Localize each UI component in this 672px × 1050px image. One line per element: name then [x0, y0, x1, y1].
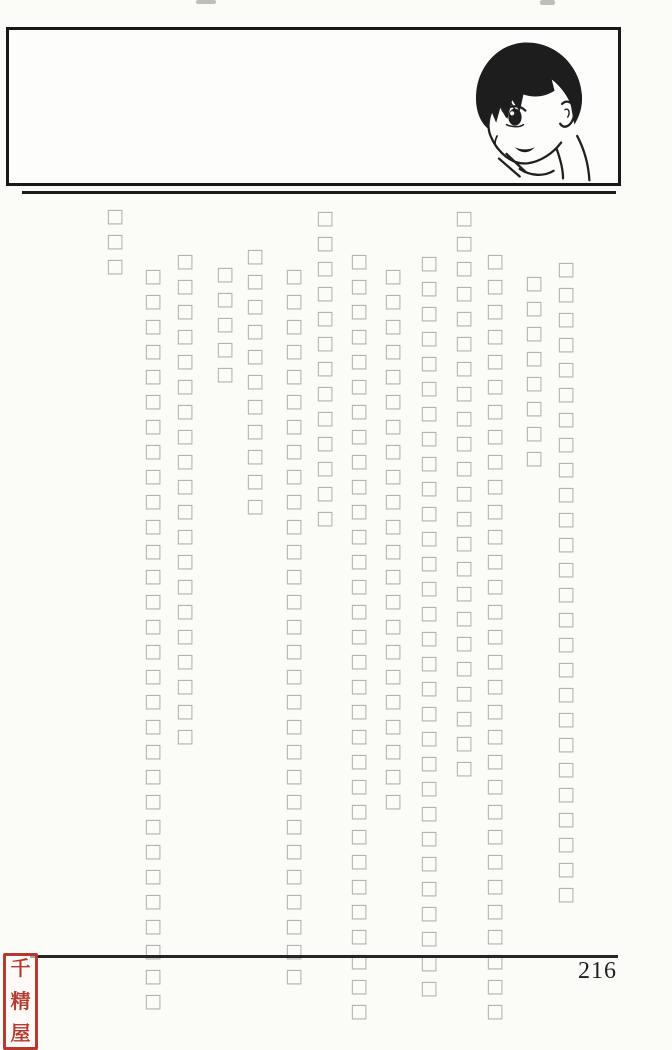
redacted-text-column: □□□□□□□□□□□□□	[311, 207, 338, 532]
redacted-text-column: □□□□□□□□□□□□□□□□□□□□□□□□□□	[552, 258, 579, 908]
seal-char: 千	[11, 959, 31, 979]
redacted-text-column: □□□□□□□□□□□	[241, 245, 268, 520]
redacted-text-column: □□□□□□□□□□□□□□□□□□□□□□□	[450, 207, 477, 782]
footer-rule	[30, 955, 618, 958]
redacted-text-column: □□□□□□□□□□□□□□□□□□□□□□□□□□□□□□□	[481, 250, 508, 1025]
seal-char: 精	[11, 992, 31, 1012]
redacted-text-column: □□□	[101, 205, 128, 280]
redacted-text-column: □□□□□□□□	[520, 272, 547, 472]
seal-char: 屋	[11, 1024, 31, 1044]
redacted-text-column: □□□□□□□□□□□□□□□□□□□□□□□□□□□□□	[280, 265, 307, 990]
redacted-text-block: □□□□□□□□□□□□□□□□□□□□□□□□□□□□□□□□□□□□□□□□…	[0, 0, 672, 1050]
redacted-text-column: □□□□□	[211, 263, 238, 388]
redacted-text-column: □□□□□□□□□□□□□□□□□□□□□□	[379, 265, 406, 815]
redacted-text-column: □□□□□□□□□□□□□□□□□□□□□□□□□□□□□□	[415, 252, 442, 1002]
redacted-text-column: □□□□□□□□□□□□□□□□□□□□□□□□□□□□□□	[139, 265, 166, 1015]
redacted-text-column: □□□□□□□□□□□□□□□□□□□□□□□□□□□□□□□	[345, 250, 372, 1025]
scanned-page: □□□□□□□□□□□□□□□□□□□□□□□□□□□□□□□□□□□□□□□□…	[0, 0, 672, 1050]
page-number: 216	[578, 958, 617, 985]
publisher-seal: 千 精 屋	[3, 953, 38, 1050]
redacted-text-column: □□□□□□□□□□□□□□□□□□□□	[171, 250, 198, 750]
